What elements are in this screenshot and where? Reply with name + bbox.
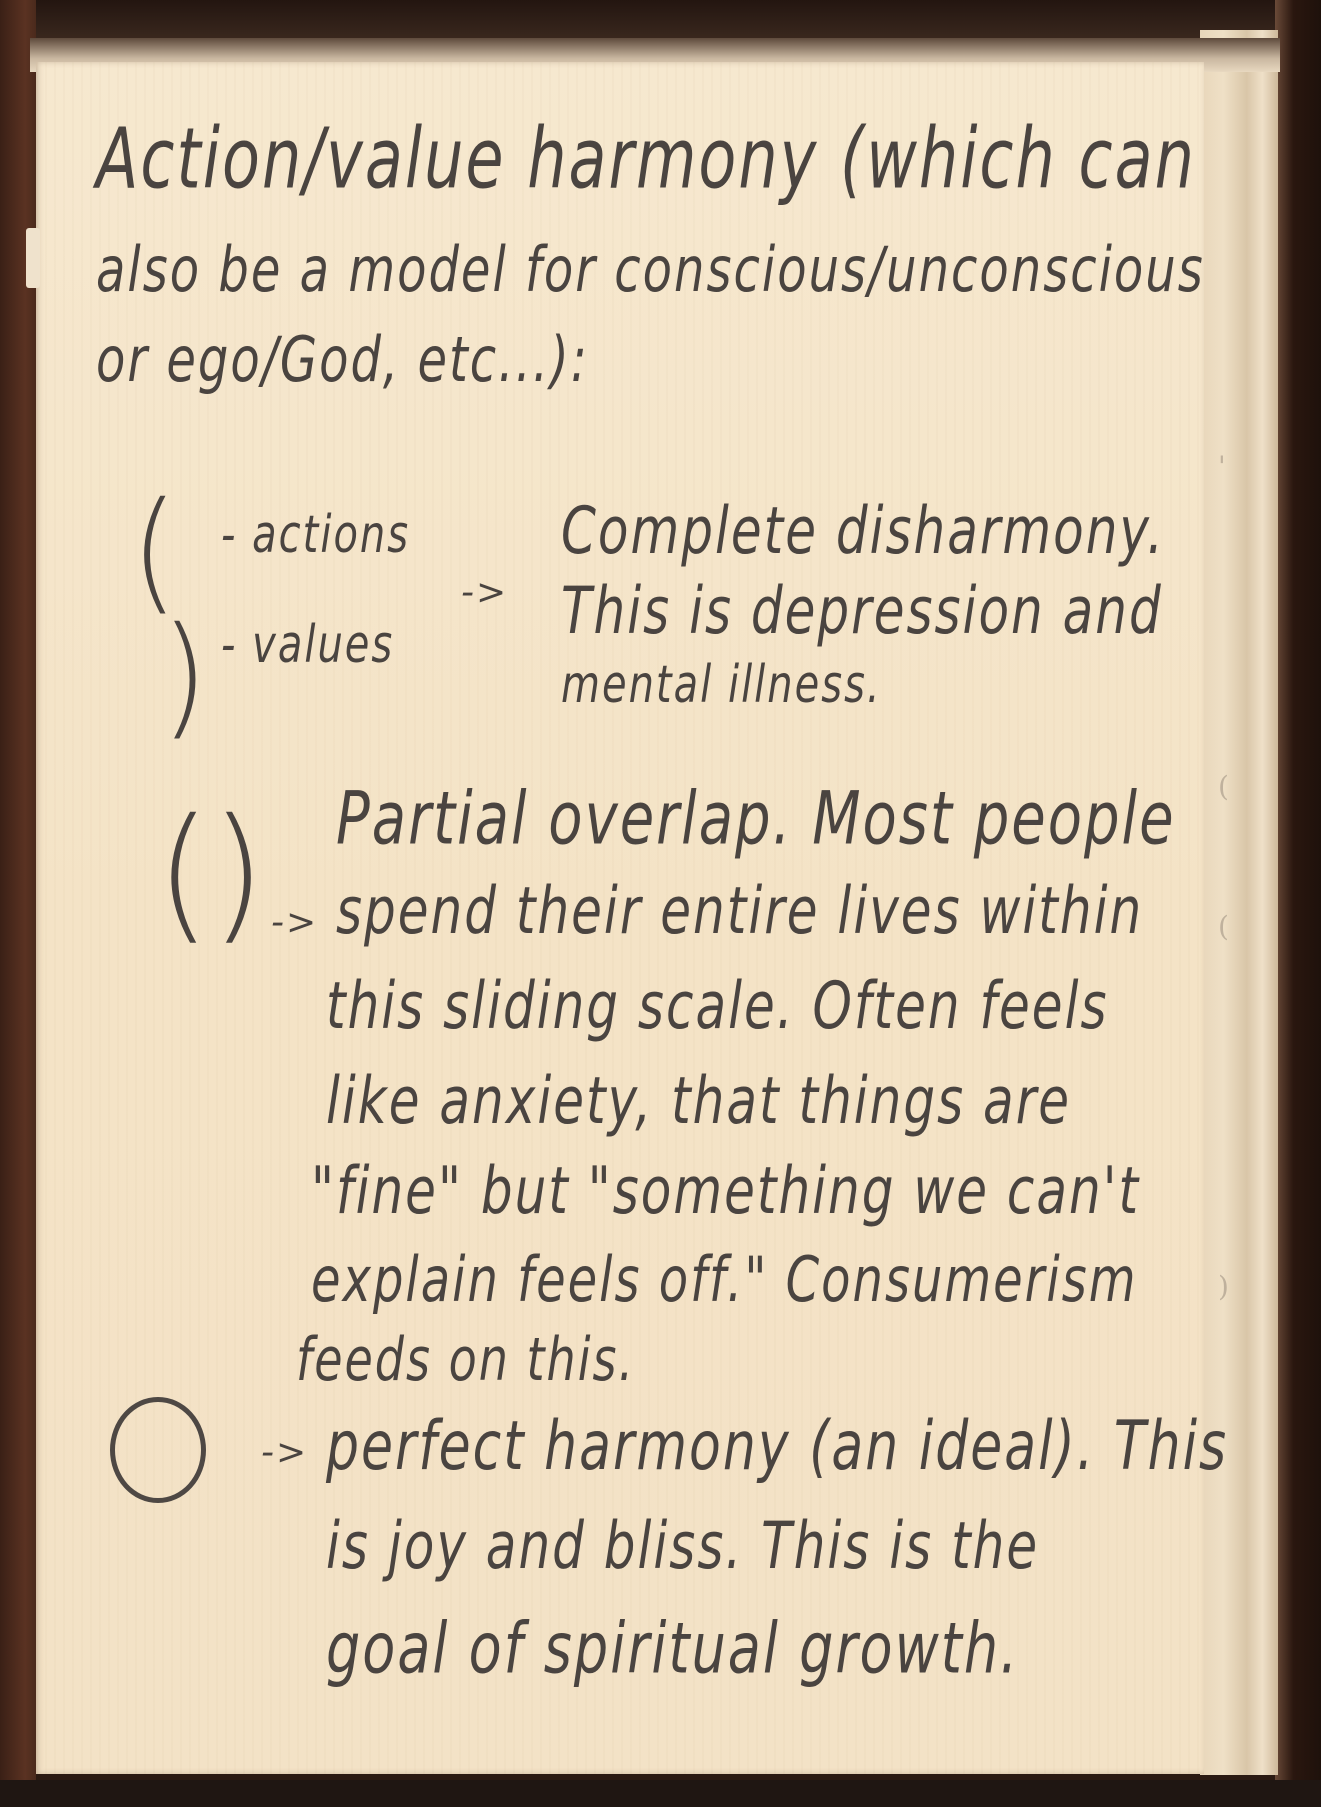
arrow-icon: -> <box>271 902 318 943</box>
heading-line-2: also be a model for conscious/unconsciou… <box>96 234 1205 307</box>
arrow-icon: -> <box>461 572 508 613</box>
section-2-line-4: like anxiety, that things are <box>326 1063 1071 1138</box>
section-1-line-3: mental illness. <box>561 655 882 715</box>
section-2-line-1: Partial overlap. Most people <box>336 777 1176 862</box>
frame-top-edge <box>0 0 1321 40</box>
ghost-mark: ( <box>1218 770 1229 803</box>
section-2-line-3: this sliding scale. Often feels <box>326 968 1109 1043</box>
ghost-mark: ' <box>1218 450 1226 483</box>
heading-line-3: or ego/God, etc...): <box>96 324 589 397</box>
section-1-line-1: Complete disharmony. <box>561 493 1165 568</box>
section-2-line-2: spend their entire lives within <box>336 873 1143 948</box>
ghost-mark: ) <box>1218 1270 1229 1303</box>
heading-line-1: Action/value harmony (which can <box>96 109 1196 208</box>
label-actions: - actions <box>221 505 410 565</box>
section-3-line-1: perfect harmony (an ideal). This <box>326 1408 1228 1486</box>
frame-bottom-edge <box>0 1780 1321 1807</box>
notebook-page: Action/value harmony (which can also be … <box>36 62 1204 1774</box>
underlying-pages-edge: ' ( ( ) <box>1200 30 1278 1775</box>
section-2-line-5: "fine" but "something we can't <box>311 1153 1140 1228</box>
ghost-mark: ( <box>1218 910 1229 943</box>
frame-right-edge <box>1275 0 1321 1807</box>
page-tab-mark <box>26 228 40 288</box>
arrow-icon: -> <box>261 1432 308 1473</box>
section-2-line-6: explain feels off." Consumerism <box>311 1244 1138 1317</box>
overlap-brackets-icon: () <box>156 788 265 959</box>
label-values: - values <box>221 615 394 675</box>
section-3-line-3: goal of spiritual growth. <box>326 1608 1019 1690</box>
section-2-line-7: feeds on this. <box>296 1324 635 1394</box>
section-3-line-2: is joy and bliss. This is the <box>326 1508 1039 1583</box>
circle-harmony-icon <box>110 1397 206 1503</box>
section-1-line-2: This is depression and <box>561 573 1163 648</box>
close-bracket-icon: ) <box>161 600 208 753</box>
